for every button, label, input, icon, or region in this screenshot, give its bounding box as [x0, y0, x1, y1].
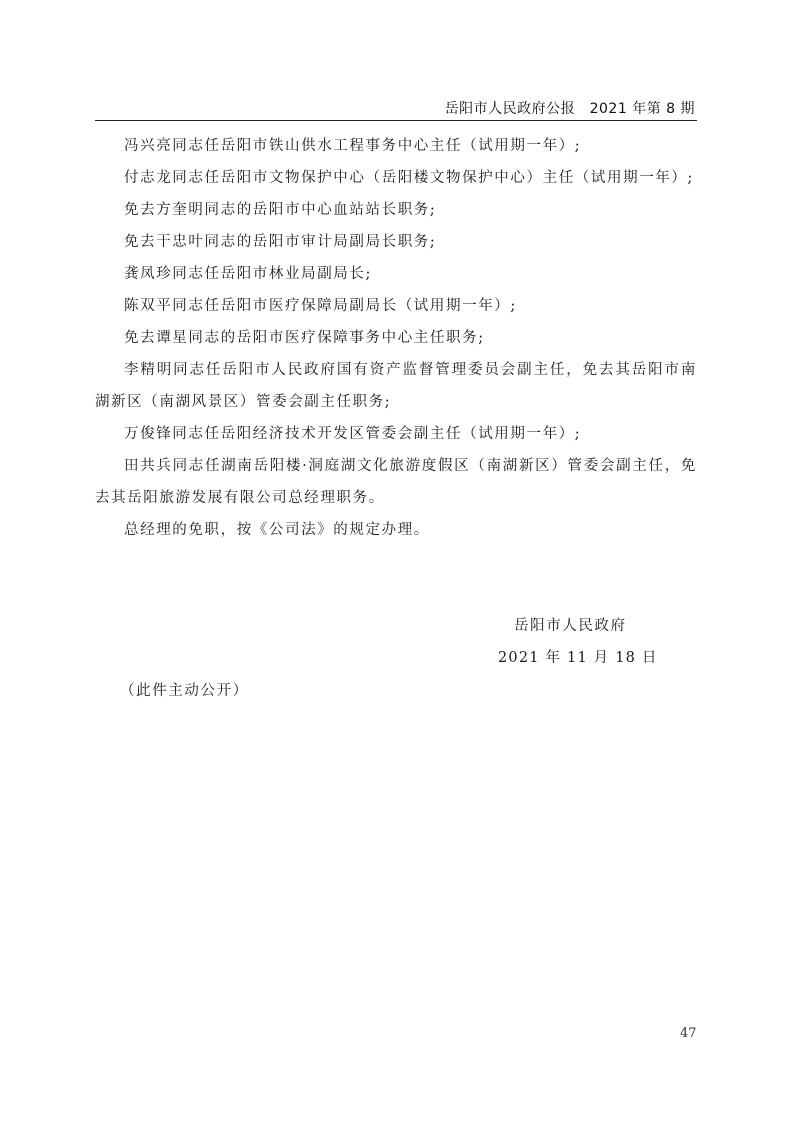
page-number: 47 [680, 1026, 697, 1041]
paragraph: 龚凤珍同志任岳阳市林业局副局长; [95, 258, 697, 290]
paragraph: 免去干忠叶同志的岳阳市审计局副局长职务; [95, 226, 697, 258]
disclosure-note: （此件主动公开） [120, 679, 249, 700]
document-body: 冯兴亮同志任岳阳市铁山供水工程事务中心主任（试用期一年）; 付志龙同志任岳阳市文… [95, 130, 697, 546]
paragraph: 总经理的免职，按《公司法》的规定办理。 [95, 514, 697, 546]
paragraph: 免去方奎明同志的岳阳市中心血站站长职务; [95, 194, 697, 226]
paragraph: 陈双平同志任岳阳市医疗保障局副局长（试用期一年）; [95, 290, 697, 322]
paragraph: 李精明同志任岳阳市人民政府国有资产监督管理委员会副主任，免去其岳阳市南湖新区（南… [95, 354, 697, 418]
paragraph: 付志龙同志任岳阳市文物保护中心（岳阳楼文物保护中心）主任（试用期一年）; [95, 162, 697, 194]
signature-organization: 岳阳市人民政府 [514, 614, 627, 635]
page-header: 岳阳市人民政府公报 2021 年第 8 期 [95, 96, 697, 121]
signature-date: 2021 年 11 月 18 日 [498, 646, 658, 667]
paragraph: 冯兴亮同志任岳阳市铁山供水工程事务中心主任（试用期一年）; [95, 130, 697, 162]
paragraph: 田共兵同志任湖南岳阳楼·洞庭湖文化旅游度假区（南湖新区）管委会副主任，免去其岳阳… [95, 450, 697, 514]
paragraph: 万俊锋同志任岳阳经济技术开发区管委会副主任（试用期一年）; [95, 418, 697, 450]
paragraph: 免去谭星同志的岳阳市医疗保障事务中心主任职务; [95, 322, 697, 354]
header-title: 岳阳市人民政府公报 2021 年第 8 期 [445, 98, 695, 118]
